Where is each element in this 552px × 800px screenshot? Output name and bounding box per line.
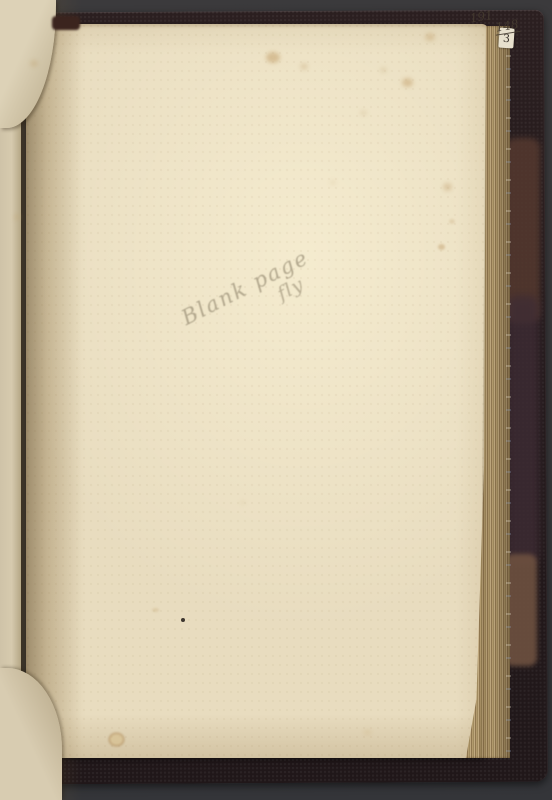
cover-edge-wear-flecks: [506, 55, 511, 761]
book-photograph: 3 191 148 Blank page fly: [0, 0, 552, 800]
cover-worn-patch-middle: [507, 296, 539, 564]
cover-corner-peek: [52, 16, 80, 30]
blank-page: [26, 24, 488, 758]
